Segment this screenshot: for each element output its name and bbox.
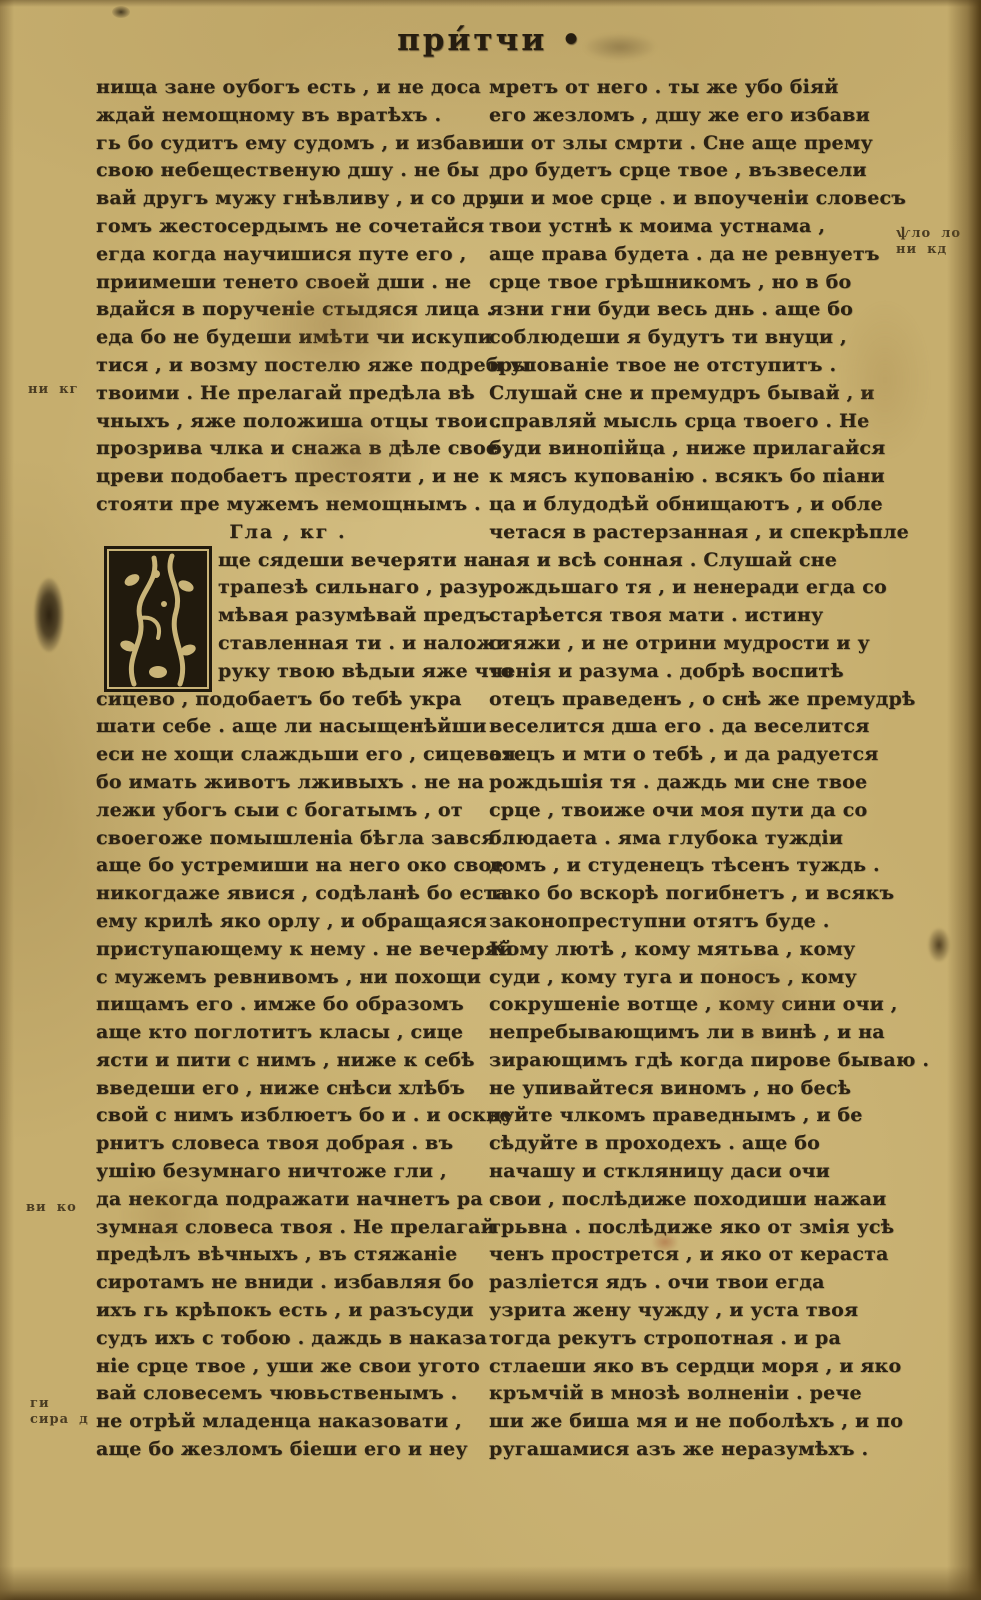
- text-line: не упивайтеся виномъ , но бесѣ: [489, 1075, 881, 1103]
- margin-note-left-mid: вико: [26, 1200, 87, 1215]
- text-line: ши же биша мя и не поболѣхъ , и по: [489, 1408, 881, 1436]
- text-line: приступающему к нему . не вечеряй: [96, 936, 480, 964]
- text-line: буди винопійца , ниже прилагайся: [489, 435, 881, 463]
- decorative-initial-woodcut: [104, 546, 212, 692]
- woodcut-initial-icon: [104, 546, 212, 692]
- text-line: вай словесемъ чювьственымъ .: [96, 1380, 480, 1408]
- text-line: чныхъ , яже положиша отцы твои .: [96, 408, 480, 436]
- text-line: мѣвая разумѣвай предъ: [218, 602, 480, 630]
- text-line: отецъ и мти о тебѣ , и да радуется: [489, 741, 881, 769]
- margin-note-left-lower: ги сирад: [30, 1396, 109, 1428]
- text-line: приимеши тенето своей дши . не: [96, 269, 480, 297]
- margin-note-text: ни: [28, 382, 49, 397]
- text-line: домъ , и студенецъ тѣсенъ туждь .: [489, 852, 881, 880]
- text-line: тако бо вскорѣ погибнетъ , и всякъ: [489, 880, 881, 908]
- text-line: сокрушеніе вотще , кому сини очи ,: [489, 991, 881, 1019]
- page-edge-left: [0, 0, 14, 1600]
- chapter-heading: Гла , кг .: [96, 519, 480, 547]
- text-line: свою небещественую дшу . не бы: [96, 157, 480, 185]
- text-line: ца и блудодѣй обнищаютъ , и обле: [489, 491, 881, 519]
- text-line: еда бо не будеши имѣти чи искупи: [96, 324, 480, 352]
- text-line: кръмчій в мнозѣ волненіи . рече: [489, 1380, 881, 1408]
- text-line: четася в растерзанная , и спекрѣпле: [489, 519, 881, 547]
- text-line: судъ ихъ с тобою . даждь в наказа: [96, 1325, 480, 1353]
- ink-stain: [112, 6, 130, 18]
- text-line: да некогда подражати начнетъ ра: [96, 1186, 480, 1214]
- text-line: с мужемъ ревнивомъ , ни похощи: [96, 964, 480, 992]
- margin-note-text: ни: [896, 242, 917, 257]
- text-line: ушію безумнаго ничтоже гли ,: [96, 1158, 480, 1186]
- text-line: гь бо судитъ ему судомъ , и избави: [96, 130, 480, 158]
- text-line: ши от злы смрти . Сне аще прему: [489, 130, 881, 158]
- text-line: рнитъ словеса твоя добрая . въ: [96, 1130, 480, 1158]
- margin-note-left-upper: никг: [28, 382, 89, 397]
- text-line: зирающимъ гдѣ когда пирове бываю .: [489, 1047, 881, 1075]
- text-line: свои , послѣдиже походиши нажаи: [489, 1186, 881, 1214]
- text-line: аще бо жезломъ біеши его и неу: [96, 1436, 480, 1464]
- text-line: ченія и разума . добрѣ воспитѣ: [489, 658, 881, 686]
- text-line: прозрива члка и снажа в дѣле свое ,: [96, 435, 480, 463]
- margin-note-row: ги: [30, 1396, 99, 1412]
- text-line: рождьшаго тя , и ненеради егда со: [489, 574, 881, 602]
- text-line: разліется ядъ . очи твои егда: [489, 1269, 881, 1297]
- page-title: при́тчи •: [0, 22, 981, 58]
- text-line: веселится дша его . да веселится: [489, 713, 881, 741]
- text-line: пищамъ его . имже бо образомъ: [96, 991, 480, 1019]
- text-line: ругашамися азъ же неразумѣхъ .: [489, 1436, 881, 1464]
- text-line: к мясъ купованію . всякъ бо піани: [489, 463, 881, 491]
- text-line: язни гни буди весь днь . аще бо: [489, 296, 881, 324]
- text-line: нища зане оубогъ есть , и не доса: [96, 74, 480, 102]
- text-line: непребывающимъ ли в винѣ , и на: [489, 1019, 881, 1047]
- text-line: лежи убогъ сыи с богатымъ , от: [96, 797, 480, 825]
- text-line: ная и всѣ сонная . Слушай сне: [489, 547, 881, 575]
- text-line: цреви подобаетъ престояти , и не: [96, 463, 480, 491]
- text-line: гомъ жестосердымъ не сочетайся .: [96, 213, 480, 241]
- text-line: предѣлъ вѣчныхъ , въ стяжаніе: [96, 1241, 480, 1269]
- text-line: соблюдеши я будутъ ти внуци ,: [489, 324, 881, 352]
- text-line: ши и мое срце . и впоученіи словесъ: [489, 185, 881, 213]
- text-line: начашу и сткляницу даси очи: [489, 1158, 881, 1186]
- text-line: отецъ праведенъ , о снѣ же премудрѣ: [489, 686, 881, 714]
- text-line: твоими . Не прелагай предѣла вѣ: [96, 380, 480, 408]
- text-line: узрита жену чужду , и уста твоя: [489, 1297, 881, 1325]
- text-line: стояти пре мужемъ немощнымъ .: [96, 491, 480, 519]
- margin-note-text: ѱло: [896, 226, 931, 241]
- text-line: стяжи , и не отрини мудрости и у: [489, 630, 881, 658]
- text-line: дуйте члкомъ праведнымъ , и бе: [489, 1102, 881, 1130]
- margin-note-text: ко: [57, 1200, 77, 1215]
- text-line: ихъ гь крѣпокъ есть , и разъсуди: [96, 1297, 480, 1325]
- text-line: своегоже помышленіа бѣгла зався .: [96, 825, 480, 853]
- right-text-column: мретъ от него . ты же убо біяйего жезлом…: [489, 74, 881, 1464]
- margin-note-text: кд: [927, 242, 947, 257]
- margin-note-text: ви: [26, 1200, 47, 1215]
- margin-note-text: кг: [59, 382, 78, 397]
- text-line: трьвна . послѣдиже яко от змія усѣ: [489, 1214, 881, 1242]
- text-line: ясти и пити с нимъ , ниже к себѣ: [96, 1047, 480, 1075]
- text-line: и упованіе твое не отступитъ .: [489, 352, 881, 380]
- text-line: рождьшія тя . даждь ми сне твое: [489, 769, 881, 797]
- text-line: аще кто поглотитъ класы , сице: [96, 1019, 480, 1047]
- text-line: ему крилѣ яко орлу , и обращаяся: [96, 908, 480, 936]
- text-line: ждай немощному въ вратѣхъ .: [96, 102, 480, 130]
- text-line: дро будетъ срце твое , възвесели: [489, 157, 881, 185]
- text-line: тися , и возму постелю яже подребры: [96, 352, 480, 380]
- text-line: Слушай сне и премудръ бывай , и: [489, 380, 881, 408]
- text-line: ще сядеши вечеряти на: [218, 547, 480, 575]
- left-text-column: нища зане оубогъ есть , и не досаждай не…: [96, 74, 480, 1464]
- margin-note-text: ги: [30, 1396, 50, 1411]
- text-line: трапезѣ сильнаго , разу: [218, 574, 480, 602]
- text-line: стлаеши яко въ сердци моря , и яко: [489, 1353, 881, 1381]
- text-line: вдайся в порученіе стыдяся лица .: [96, 296, 480, 324]
- text-line: твои устнѣ к моима устнама ,: [489, 213, 881, 241]
- text-line: старѣется твоя мати . истину: [489, 602, 881, 630]
- text-line: сиротамъ не вниди . избавляя бо: [96, 1269, 480, 1297]
- text-line: зумная словеса твоя . Не прелагай: [96, 1214, 480, 1242]
- text-line: бо имать животъ лживыхъ . не на: [96, 769, 480, 797]
- text-line: Кому лютѣ , кому мятьва , кому: [489, 936, 881, 964]
- text-line: срце , твоиже очи моя пути да со: [489, 797, 881, 825]
- text-line: аще бо устремиши на него око свое: [96, 852, 480, 880]
- text-line: введеши его , ниже снѣси хлѣбъ: [96, 1075, 480, 1103]
- page-edge-right: [947, 0, 981, 1600]
- page-edge-top: [0, 0, 981, 7]
- text-line: никогдаже явися , содѣланѣ бо еста: [96, 880, 480, 908]
- text-line: тогда рекутъ стропотная . и ра: [489, 1325, 881, 1353]
- text-line: его жезломъ , дшу же его избави: [489, 102, 881, 130]
- text-line: справляй мысль срца твоего . Не: [489, 408, 881, 436]
- text-line: срце твое грѣшникомъ , но в бо: [489, 269, 881, 297]
- page-edge-bottom: [0, 1566, 981, 1600]
- ink-stain: [34, 578, 64, 652]
- text-line: ченъ прострется , и яко от кераста: [489, 1241, 881, 1269]
- text-line: еси не хощи слаждьши его , сицевая: [96, 741, 480, 769]
- text-line: свой с нимъ изблюетъ бо и . и оскве: [96, 1102, 480, 1130]
- text-line: ставленная ти . и наложи: [218, 630, 480, 658]
- book-page: при́тчи • нища зане оубогъ есть , и не д…: [0, 0, 981, 1600]
- text-line: егда когда научишися путе его ,: [96, 241, 480, 269]
- text-line: блюдаета . яма глубока туждіи: [489, 825, 881, 853]
- text-line: мретъ от него . ты же убо біяй: [489, 74, 881, 102]
- text-line: не отрѣй младенца наказовати ,: [96, 1408, 480, 1436]
- text-line: аще права будета . да не ревнуетъ: [489, 241, 881, 269]
- text-line: шати себе . аще ли насыщенѣйши: [96, 713, 480, 741]
- text-line: руку твою вѣдыи яже что: [218, 658, 480, 686]
- text-line: законопреступни отятъ буде .: [489, 908, 881, 936]
- text-line: сѣдуйте в проходехъ . аще бо: [489, 1130, 881, 1158]
- text-line: вай другъ мужу гнѣвливу , и со дру: [96, 185, 480, 213]
- margin-note-text: д: [79, 1412, 89, 1427]
- text-line: ніе срце твое , уши же свои угото: [96, 1353, 480, 1381]
- text-line: суди , кому туга и поносъ , кому: [489, 964, 881, 992]
- margin-note-row: сирад: [30, 1412, 99, 1428]
- margin-note-text: сира: [30, 1412, 69, 1427]
